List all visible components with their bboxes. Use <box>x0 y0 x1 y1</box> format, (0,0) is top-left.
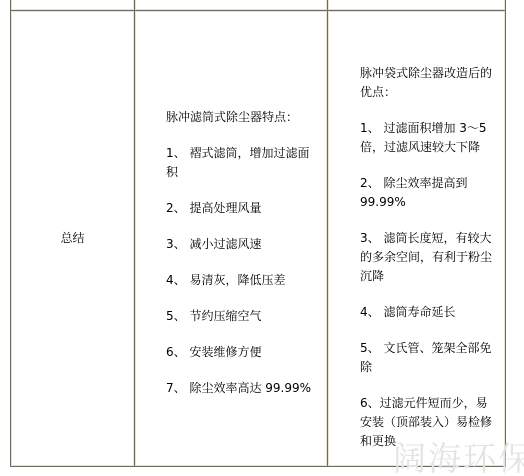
list-item: 6、 安装维修方便 <box>166 343 313 362</box>
summary-label-cell: 总结 <box>11 11 135 467</box>
list-item: 1、 过滤面积增加 3～5 倍，过滤风速较大下降 <box>360 119 493 157</box>
list-item: 5、 文氏管、笼架全部免除 <box>360 339 493 377</box>
list-item: 2、 除尘效率提高到 99.99% <box>360 174 493 212</box>
list-item: 4、 易清灰，降低压差 <box>166 271 313 290</box>
summary-label: 总结 <box>60 231 84 245</box>
bag-retrofit-heading: 脉冲袋式除尘器改造后的优点： <box>360 64 493 102</box>
list-item: 3、 滤筒长度短，有较大的多余空间，有利于粉尘沉降 <box>360 229 493 286</box>
list-item: 4、 滤筒寿命延长 <box>360 303 493 322</box>
list-item: 5、 节约压缩空气 <box>166 307 313 326</box>
bag-retrofit-advantages-cell: 脉冲袋式除尘器改造后的优点： 1、 过滤面积增加 3～5 倍，过滤风速较大下降 … <box>328 11 506 467</box>
table-cell <box>328 0 506 11</box>
table-cell <box>11 0 135 11</box>
cartridge-features-cell: 脉冲滤筒式除尘器特点： 1、 褶式滤筒，增加过滤面积 2、 提高处理风量 3、 … <box>135 11 328 467</box>
list-item: 1、 褶式滤筒，增加过滤面积 <box>166 144 313 182</box>
summary-table: 总结 脉冲滤筒式除尘器特点： 1、 褶式滤筒，增加过滤面积 2、 提高处理风量 … <box>10 0 506 467</box>
cartridge-features-heading: 脉冲滤筒式除尘器特点： <box>166 108 313 127</box>
list-item: 6、过滤元件短而少，易安装（顶部装入）易检修和更换 <box>360 394 493 451</box>
table-previous-row <box>11 0 506 11</box>
list-item: 7、 除尘效率高达 99.99% <box>166 379 313 398</box>
table-cell <box>135 0 328 11</box>
list-item: 2、 提高处理风量 <box>166 199 313 218</box>
table-row-summary: 总结 脉冲滤筒式除尘器特点： 1、 褶式滤筒，增加过滤面积 2、 提高处理风量 … <box>11 11 506 467</box>
list-item: 3、 减小过滤风速 <box>166 235 313 254</box>
